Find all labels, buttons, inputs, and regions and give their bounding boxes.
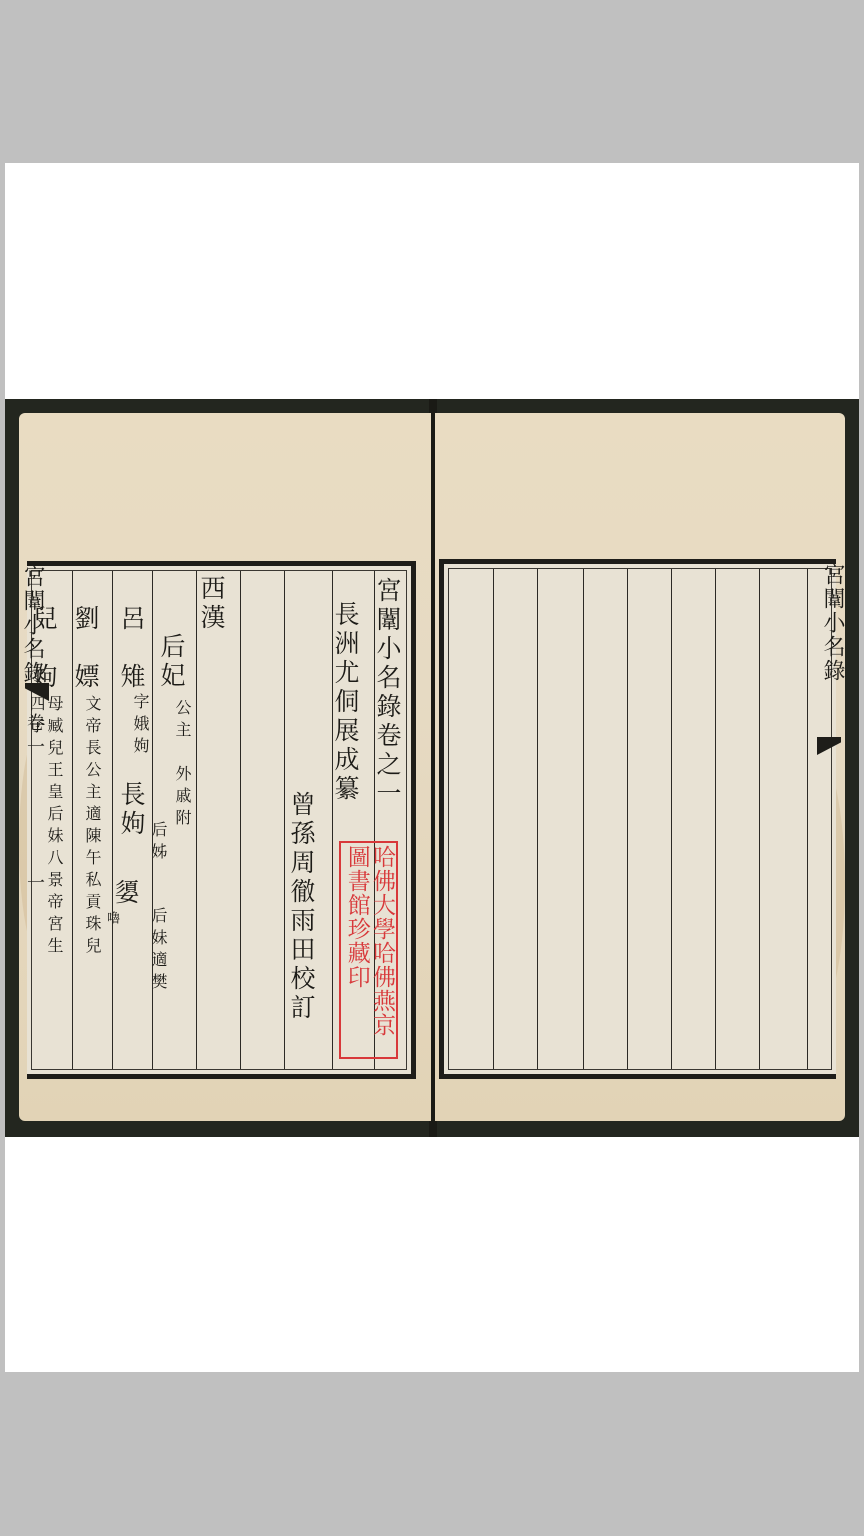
margin-page-number: 一: [25, 873, 43, 897]
right-page-inner-border: [448, 568, 832, 1070]
seal-text-right: 哈佛大學哈佛燕京: [369, 845, 395, 1037]
margin-volume: 卷一: [25, 713, 43, 761]
entry-name-zhi: 雉: [119, 663, 144, 692]
left-page-inner-border: 宮闈小名錄卷之一 長洲尤侗展成纂 曾孫周徹雨田校訂 西漢 后妃 公主 外戚附 呂…: [31, 570, 407, 1070]
seal-text-left: 圖書館珍藏印: [344, 845, 370, 989]
right-page: 宮闈小名錄: [435, 413, 845, 1121]
entry-surname-liu: 劉: [73, 605, 98, 634]
library-seal: 哈佛大學哈佛燕京圖書館珍藏印: [339, 841, 398, 1059]
entry-note-houzi: 后姊: [150, 821, 166, 865]
entry-name-piao: 嫖: [73, 663, 98, 692]
editor-line: 曾孫周徹雨田校訂: [289, 791, 314, 1023]
entry-surname-lu: 呂: [119, 605, 144, 634]
dynasty-heading: 西漢: [199, 575, 224, 633]
left-page-frame: 宮闈小名錄卷之一 長洲尤侗展成纂 曾孫周徹雨田校訂 西漢 后妃 公主 外戚附 呂…: [27, 561, 416, 1079]
entry-note-pron: 嚕: [105, 911, 118, 928]
right-page-frame: [439, 559, 836, 1079]
entry-note-er: 母臧兒王皇后妹八景帝宮生: [46, 695, 62, 959]
entry-note-zi: 字娥姁: [132, 693, 148, 759]
entry-note-liu: 文帝長公主適陳午私貢珠兒: [84, 695, 100, 959]
entry-note-houmei: 后妹適樊: [150, 907, 166, 995]
entry-name-changxu: 長姁: [119, 781, 144, 839]
category-heading: 后妃: [159, 633, 184, 691]
margin-title-right: 宮闈小名錄: [821, 563, 843, 683]
book-scan: 宮闈小名錄卷之一 長洲尤侗展成纂 曾孫周徹雨田校訂 西漢 后妃 公主 外戚附 呂…: [5, 399, 859, 1137]
category-note: 公主 外戚附: [174, 699, 190, 831]
compiler-line: 長洲尤侗展成纂: [333, 601, 358, 804]
left-page: 宮闈小名錄卷之一 長洲尤侗展成纂 曾孫周徹雨田校訂 西漢 后妃 公主 外戚附 呂…: [19, 413, 431, 1121]
volume-title: 宮闈小名錄卷之一: [375, 577, 400, 809]
margin-title-left: 宮闈小名錄: [21, 565, 43, 685]
entry-name-xu: 嬃: [113, 879, 138, 908]
